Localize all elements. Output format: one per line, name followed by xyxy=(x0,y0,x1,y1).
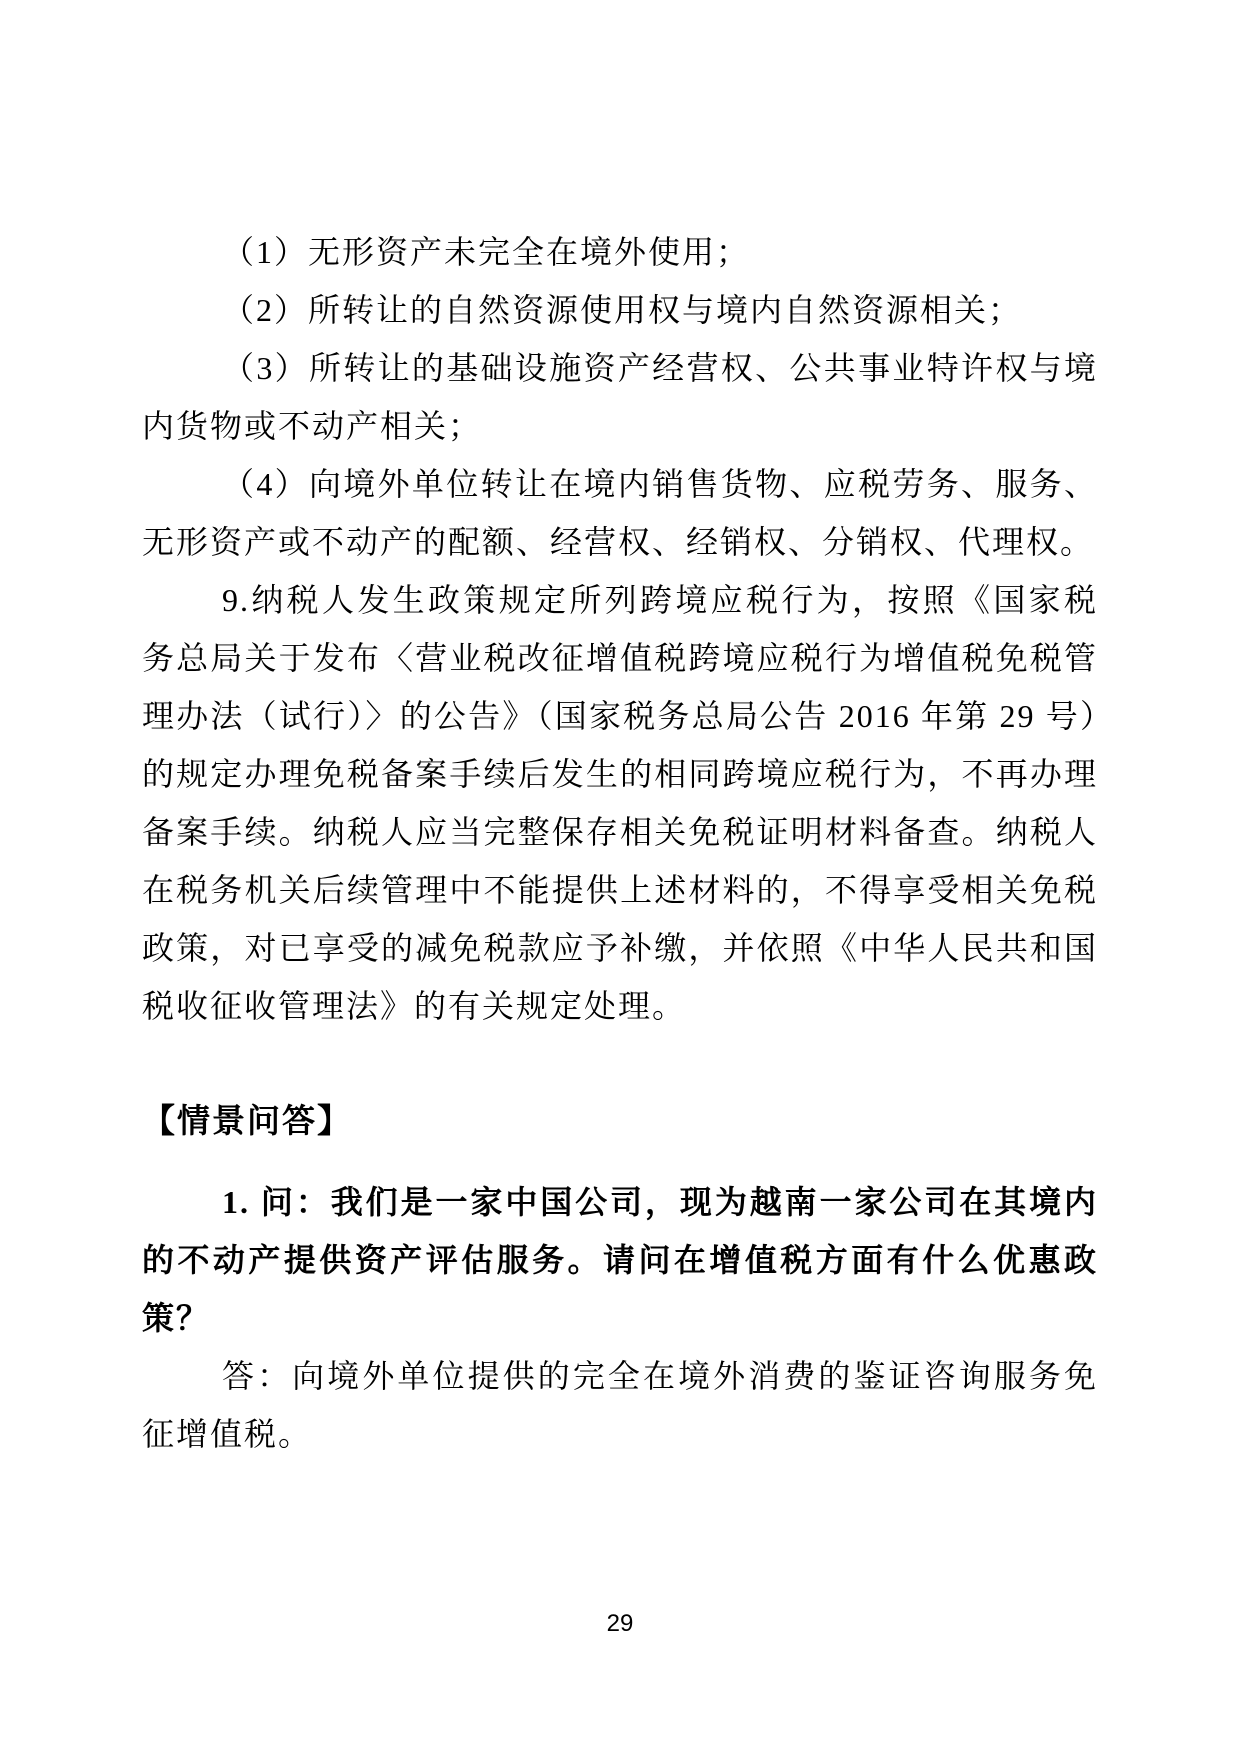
body-paragraph-item-1: （1）无形资产未完全在境外使用； xyxy=(142,223,1098,281)
body-paragraph-clause-9: 9.纳税人发生政策规定所列跨境应税行为，按照《国家税务总局关于发布〈营业税改征增… xyxy=(142,571,1098,1035)
page-number: 29 xyxy=(0,1610,1240,1638)
body-paragraph-item-3: （3）所转让的基础设施资产经营权、公共事业特许权与境内货物或不动产相关； xyxy=(142,339,1098,455)
document-body: （1）无形资产未完全在境外使用； （2）所转让的自然资源使用权与境内自然资源相关… xyxy=(142,223,1098,1463)
document-page: （1）无形资产未完全在境外使用； （2）所转让的自然资源使用权与境内自然资源相关… xyxy=(0,0,1240,1754)
body-paragraph-item-2: （2）所转让的自然资源使用权与境内自然资源相关； xyxy=(142,281,1098,339)
body-paragraph-item-4: （4）向境外单位转让在境内销售货物、应税劳务、服务、无形资产或不动产的配额、经营… xyxy=(142,455,1098,571)
section-header-qa: 【情景问答】 xyxy=(142,1093,1098,1151)
question-paragraph: 1. 问：我们是一家中国公司，现为越南一家公司在其境内的不动产提供资产评估服务。… xyxy=(142,1173,1098,1347)
answer-paragraph: 答：向境外单位提供的完全在境外消费的鉴证咨询服务免征增值税。 xyxy=(142,1347,1098,1463)
